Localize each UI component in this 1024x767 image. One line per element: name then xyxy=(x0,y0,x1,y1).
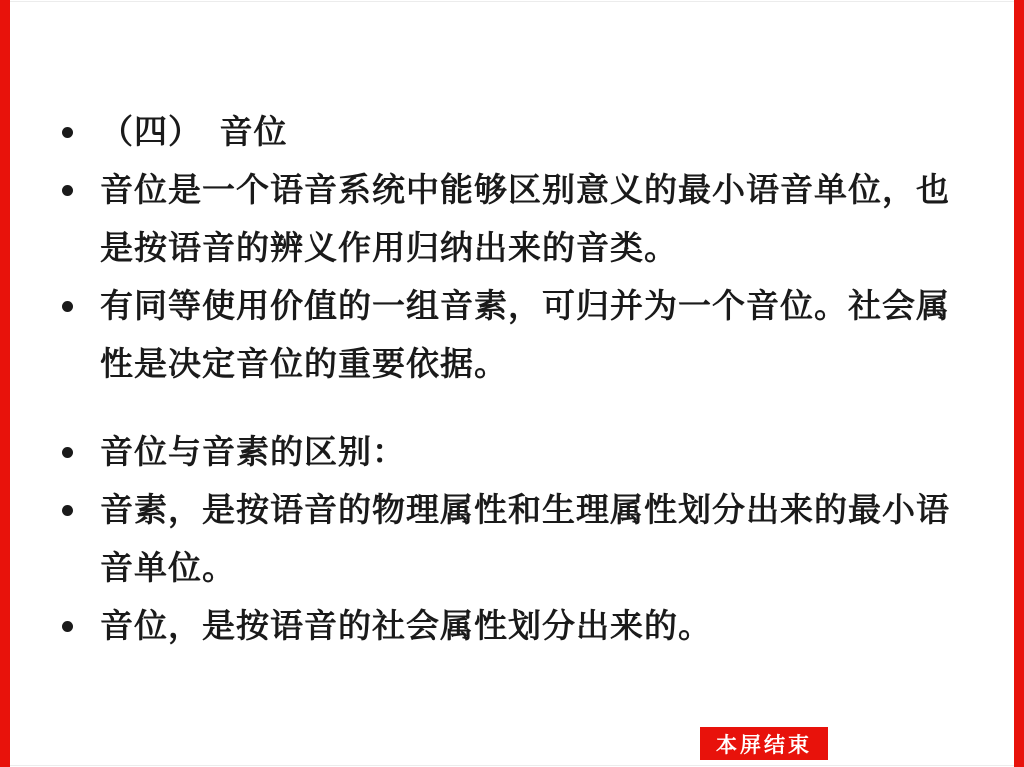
bullet-dot-icon xyxy=(62,505,73,516)
bullet-text: 音位是一个语音系统中能够区别意义的最小语音单位，也是按语音的辨义作用归纳出来的音… xyxy=(100,171,950,266)
bullet-text: 音位与音素的区别： xyxy=(100,433,406,470)
bullet-item: 音位与音素的区别： xyxy=(10,423,1014,481)
right-edge-bar xyxy=(1014,0,1024,767)
bullet-item: （四） 音位 xyxy=(10,103,1014,161)
bullet-dot-icon xyxy=(62,447,73,458)
bullet-dot-icon xyxy=(62,185,73,196)
bullet-text: （四） 音位 xyxy=(100,113,288,150)
bullet-item: 音素，是按语音的物理属性和生理属性划分出来的最小语音单位。 xyxy=(10,481,1014,597)
bullet-text: 音素，是按语音的物理属性和生理属性划分出来的最小语音单位。 xyxy=(100,491,950,586)
bullet-group-2: 音位与音素的区别：音素，是按语音的物理属性和生理属性划分出来的最小语音单位。音位… xyxy=(10,423,1014,655)
bullet-group-1: （四） 音位音位是一个语音系统中能够区别意义的最小语音单位，也是按语音的辨义作用… xyxy=(10,103,1014,393)
bullet-item: 音位是一个语音系统中能够区别意义的最小语音单位，也是按语音的辨义作用归纳出来的音… xyxy=(10,161,1014,277)
slide-top-border xyxy=(10,1,1014,2)
bullet-dot-icon xyxy=(62,621,73,632)
left-edge-bar xyxy=(0,0,10,767)
slide-bottom-border xyxy=(10,765,1014,766)
bullet-dot-icon xyxy=(62,301,73,312)
slide-body: （四） 音位音位是一个语音系统中能够区别意义的最小语音单位，也是按语音的辨义作用… xyxy=(10,103,1014,655)
bullet-text: 有同等使用价值的一组音素，可归并为一个音位。社会属性是决定音位的重要依据。 xyxy=(100,287,950,382)
bullet-item: 有同等使用价值的一组音素，可归并为一个音位。社会属性是决定音位的重要依据。 xyxy=(10,277,1014,393)
end-of-screen-button[interactable]: 本屏结束 xyxy=(700,727,828,760)
bullet-item: 音位，是按语音的社会属性划分出来的。 xyxy=(10,597,1014,655)
bullet-text: 音位，是按语音的社会属性划分出来的。 xyxy=(100,607,712,644)
bullet-dot-icon xyxy=(62,127,73,138)
